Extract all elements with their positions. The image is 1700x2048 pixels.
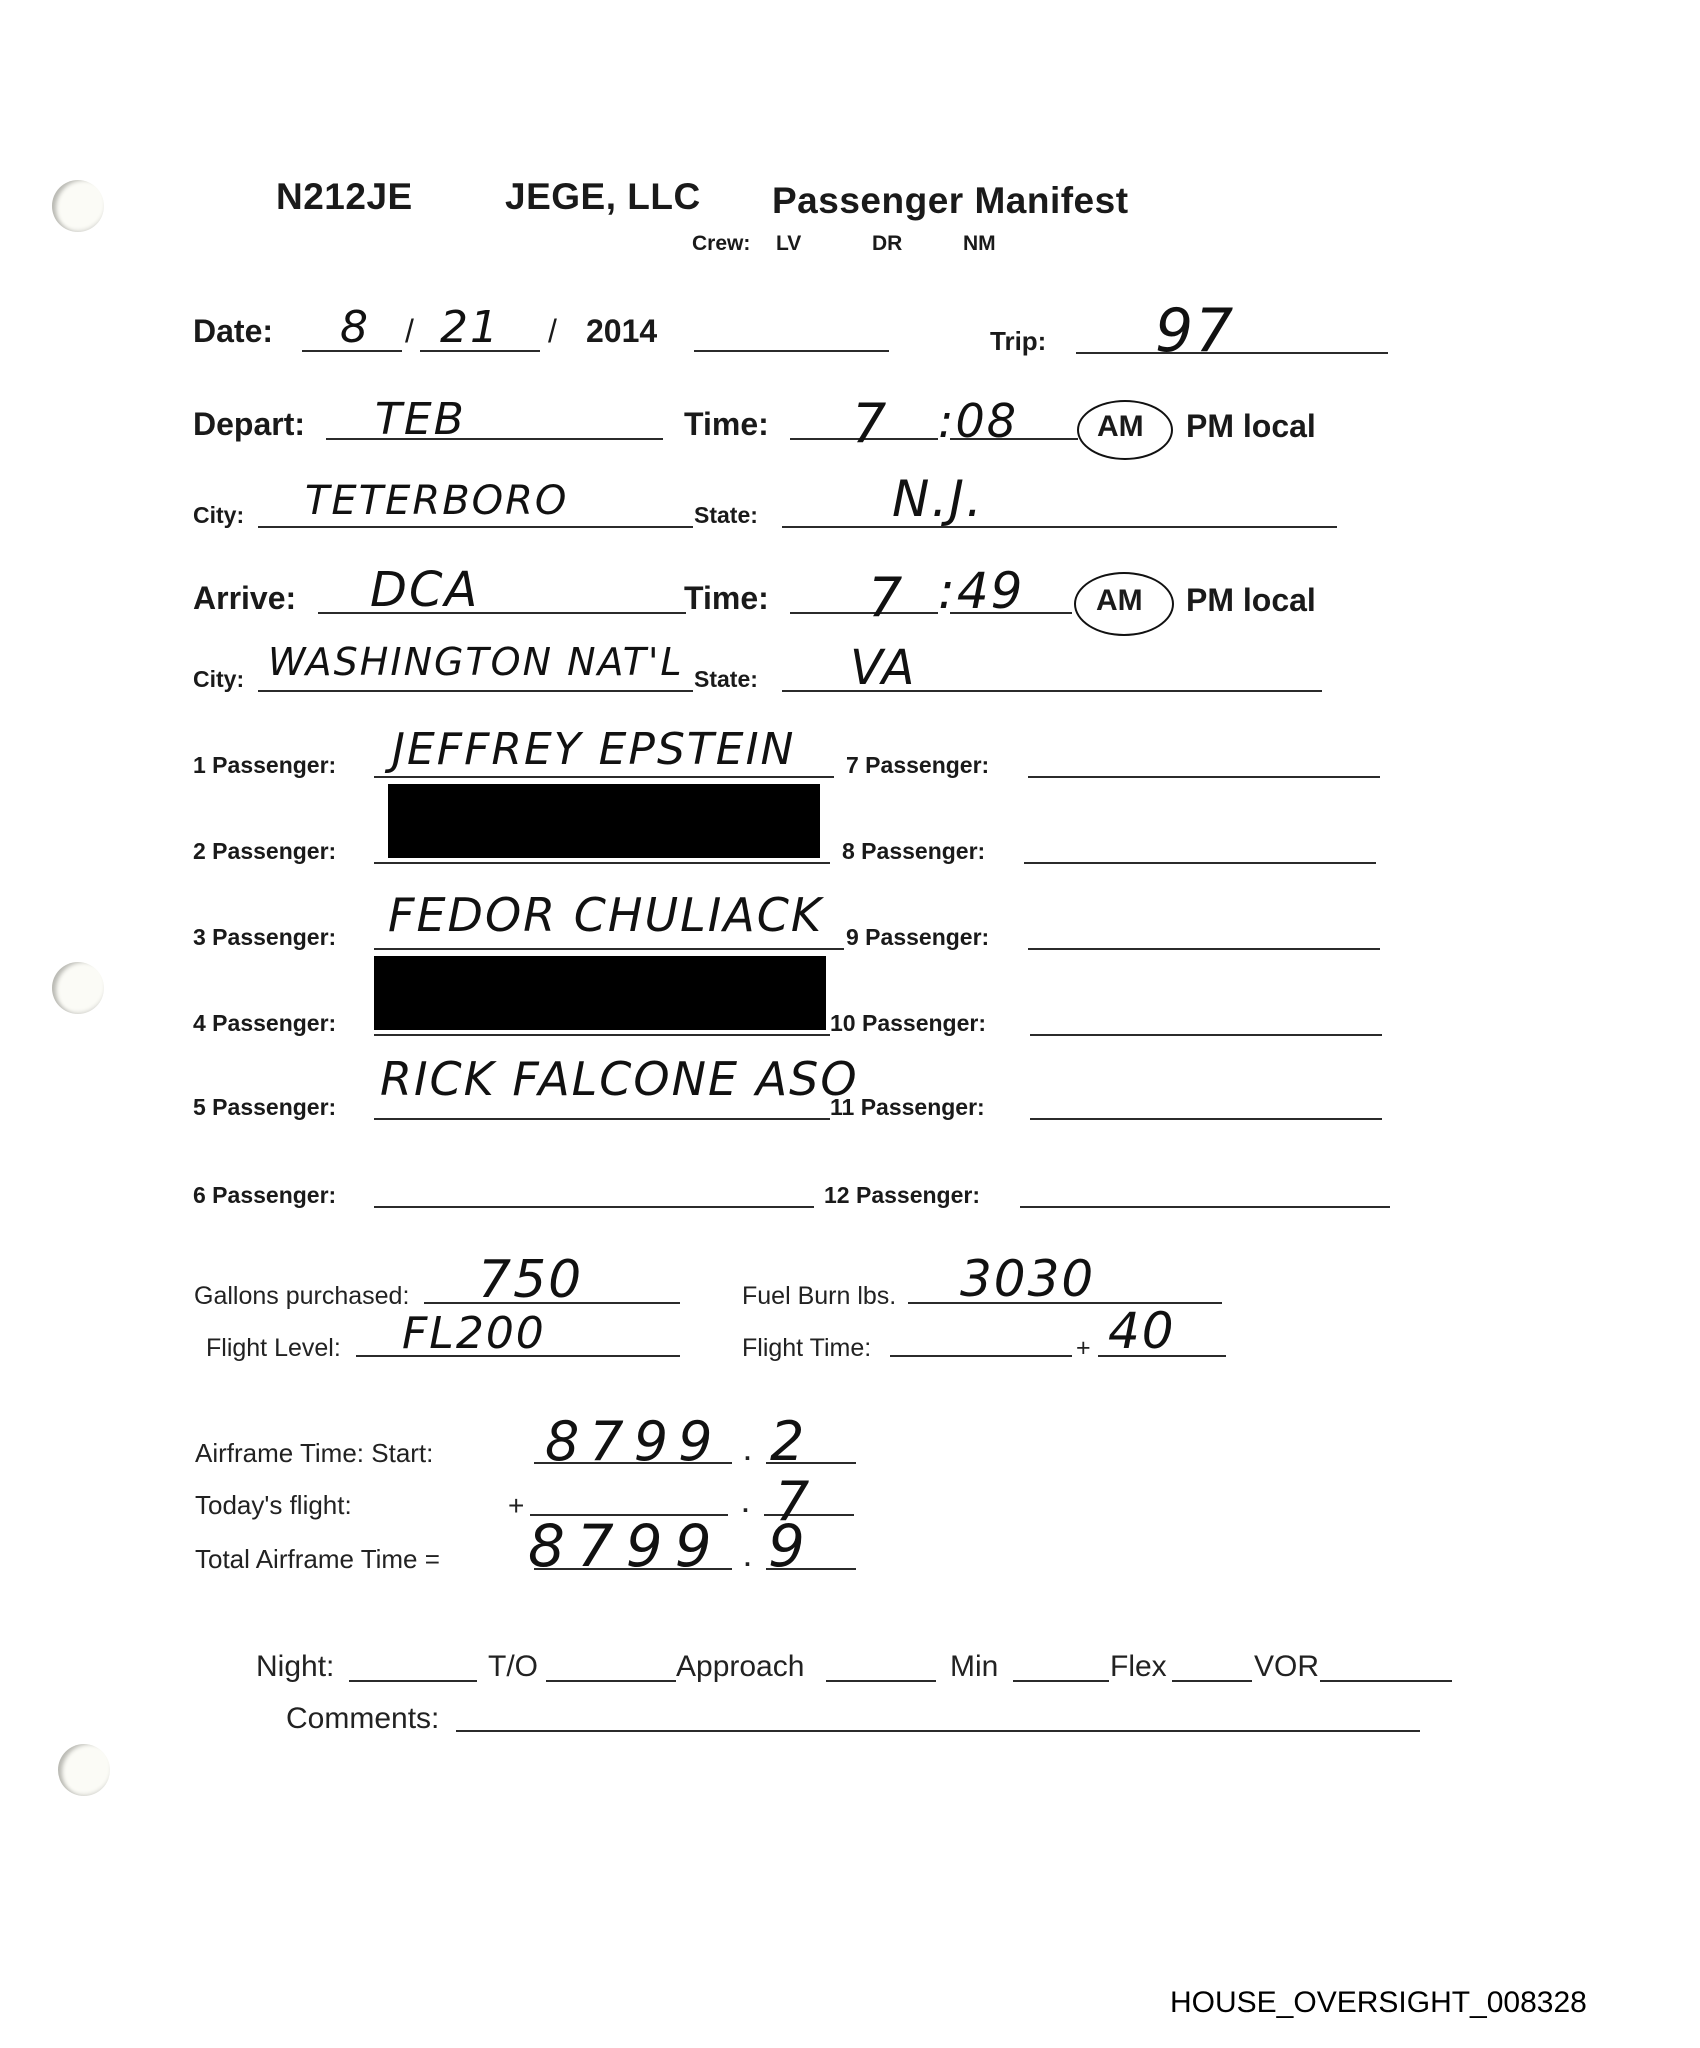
takeoff-field[interactable] [546, 1680, 676, 1682]
depart-city-label: City: [193, 502, 244, 529]
arrive-state-label: State: [694, 666, 758, 693]
airframe-start-tenth-value: 2 [770, 1410, 806, 1473]
todays-flight-dot: . [742, 1490, 749, 1519]
flight-level-value: FL200 [402, 1308, 546, 1359]
passenger-2-field[interactable] [374, 862, 830, 864]
todays-flight-label: Today's flight: [195, 1490, 352, 1521]
vor-label: VOR [1254, 1650, 1319, 1684]
flight-time-hours-field[interactable] [890, 1355, 1072, 1357]
arrive-city-field[interactable] [258, 690, 693, 692]
passenger-1-label: 1 Passenger: [193, 752, 336, 779]
flight-level-label: Flight Level: [206, 1334, 341, 1363]
total-airframe-label: Total Airframe Time = [195, 1544, 440, 1575]
passenger-2-label: 2 Passenger: [193, 838, 336, 865]
crew-label: Crew: [692, 232, 750, 256]
arrive-hour-value: 7 [868, 566, 904, 629]
passenger-6-field[interactable] [374, 1206, 814, 1208]
flex-field[interactable] [1172, 1680, 1252, 1682]
total-airframe-dot: . [744, 1544, 751, 1573]
passenger-3-name: FEDOR CHULIACK [388, 888, 823, 942]
arrive-pm-local-option[interactable]: PM local [1186, 582, 1316, 619]
date-month-value: 8 [340, 302, 370, 353]
passenger-10-label: 10 Passenger: [830, 1010, 986, 1037]
arrive-state-value: VA [850, 640, 916, 696]
takeoff-label: T/O [488, 1650, 538, 1684]
arrive-city-value: WASHINGTON NAT'L [268, 640, 684, 684]
airframe-start-whole-value: 8799 [545, 1410, 722, 1473]
depart-label: Depart: [193, 406, 305, 443]
passenger-4-redaction [374, 956, 826, 1030]
arrive-hour-field[interactable] [790, 612, 938, 614]
punch-hole-bottom [58, 1744, 110, 1796]
crew-member-1: LV [776, 232, 801, 256]
depart-hour-value: 7 [852, 392, 888, 455]
document-title: Passenger Manifest [772, 180, 1129, 222]
depart-time-label: Time: [684, 406, 769, 443]
flight-time-plus: + [1076, 1334, 1091, 1363]
depart-state-value: N.J. [892, 470, 984, 528]
passenger-3-label: 3 Passenger: [193, 924, 336, 951]
night-label: Night: [256, 1650, 334, 1684]
depart-pm-local-option[interactable]: PM local [1186, 408, 1316, 445]
tail-number: N212JE [276, 176, 413, 218]
vor-field[interactable] [1320, 1680, 1452, 1682]
passenger-4-field[interactable] [374, 1034, 830, 1036]
approach-field[interactable] [826, 1680, 936, 1682]
comments-field[interactable] [456, 1730, 1420, 1732]
depart-state-field[interactable] [782, 526, 1337, 528]
total-airframe-tenth-value: 9 [768, 1512, 807, 1580]
depart-city-value: TETERBORO [305, 478, 568, 524]
passenger-12-label: 12 Passenger: [824, 1182, 980, 1209]
passenger-2-redaction [388, 784, 820, 858]
punch-hole-middle [52, 962, 104, 1014]
passenger-9-label: 9 Passenger: [846, 924, 989, 951]
flight-time-label: Flight Time: [742, 1334, 871, 1363]
gallons-purchased-value: 750 [478, 1250, 583, 1310]
airframe-start-dot: . [744, 1438, 751, 1467]
arrive-am-option[interactable]: AM [1096, 584, 1143, 618]
passenger-9-field[interactable] [1028, 948, 1380, 950]
date-separator-2: / [548, 313, 557, 350]
depart-am-option[interactable]: AM [1097, 410, 1144, 444]
todays-flight-plus: + [508, 1490, 524, 1522]
company-name: JEGE, LLC [505, 176, 701, 218]
passenger-8-field[interactable] [1024, 862, 1376, 864]
passenger-11-label: 11 Passenger: [830, 1094, 985, 1121]
depart-state-label: State: [694, 502, 758, 529]
passenger-11-field[interactable] [1030, 1118, 1382, 1120]
passenger-3-field[interactable] [374, 948, 844, 950]
date-label: Date: [193, 313, 273, 350]
passenger-10-field[interactable] [1030, 1034, 1382, 1036]
passenger-5-label: 5 Passenger: [193, 1094, 336, 1121]
trip-label: Trip: [990, 326, 1046, 357]
arrive-city-label: City: [193, 666, 244, 693]
min-field[interactable] [1013, 1680, 1109, 1682]
depart-city-field[interactable] [258, 526, 693, 528]
passenger-1-name: JEFFREY EPSTEIN [392, 724, 795, 775]
flight-time-minutes-value: 40 [1108, 1302, 1176, 1360]
depart-minute-field[interactable] [950, 438, 1078, 440]
depart-code-value: TEB [375, 394, 466, 445]
passenger-1-field[interactable] [374, 776, 834, 778]
comments-label: Comments: [286, 1702, 439, 1736]
date-day-value: 21 [440, 302, 500, 353]
passenger-12-field[interactable] [1020, 1206, 1390, 1208]
fuel-burn-label: Fuel Burn lbs. [742, 1282, 896, 1311]
arrive-minute-field[interactable] [950, 612, 1072, 614]
approach-label: Approach [676, 1650, 804, 1684]
night-field[interactable] [349, 1680, 477, 1682]
date-year-field[interactable] [694, 350, 889, 352]
arrive-time-label: Time: [684, 580, 769, 617]
airframe-start-label: Airframe Time: Start: [195, 1438, 433, 1469]
fuel-burn-value: 3030 [960, 1250, 1095, 1308]
trip-number-value: 97 [1155, 296, 1235, 366]
passenger-5-name: RICK FALCONE ASO [380, 1052, 859, 1106]
passenger-5-field[interactable] [374, 1118, 830, 1120]
total-airframe-whole-value: 8799 [528, 1512, 724, 1580]
passenger-4-label: 4 Passenger: [193, 1010, 336, 1037]
punch-hole-top [52, 180, 104, 232]
crew-member-3: NM [963, 232, 996, 256]
flex-label: Flex [1110, 1650, 1167, 1684]
date-year: 2014 [586, 313, 657, 350]
min-label: Min [950, 1650, 998, 1684]
crew-member-2: DR [872, 232, 902, 256]
date-separator-1: / [405, 313, 414, 350]
bates-number: HOUSE_OVERSIGHT_008328 [1170, 1986, 1587, 2020]
arrive-code-value: DCA [370, 562, 479, 618]
gallons-purchased-label: Gallons purchased: [194, 1282, 409, 1311]
passenger-7-label: 7 Passenger: [846, 752, 989, 779]
passenger-6-label: 6 Passenger: [193, 1182, 336, 1209]
passenger-7-field[interactable] [1028, 776, 1380, 778]
passenger-8-label: 8 Passenger: [842, 838, 985, 865]
arrive-label: Arrive: [193, 580, 296, 617]
